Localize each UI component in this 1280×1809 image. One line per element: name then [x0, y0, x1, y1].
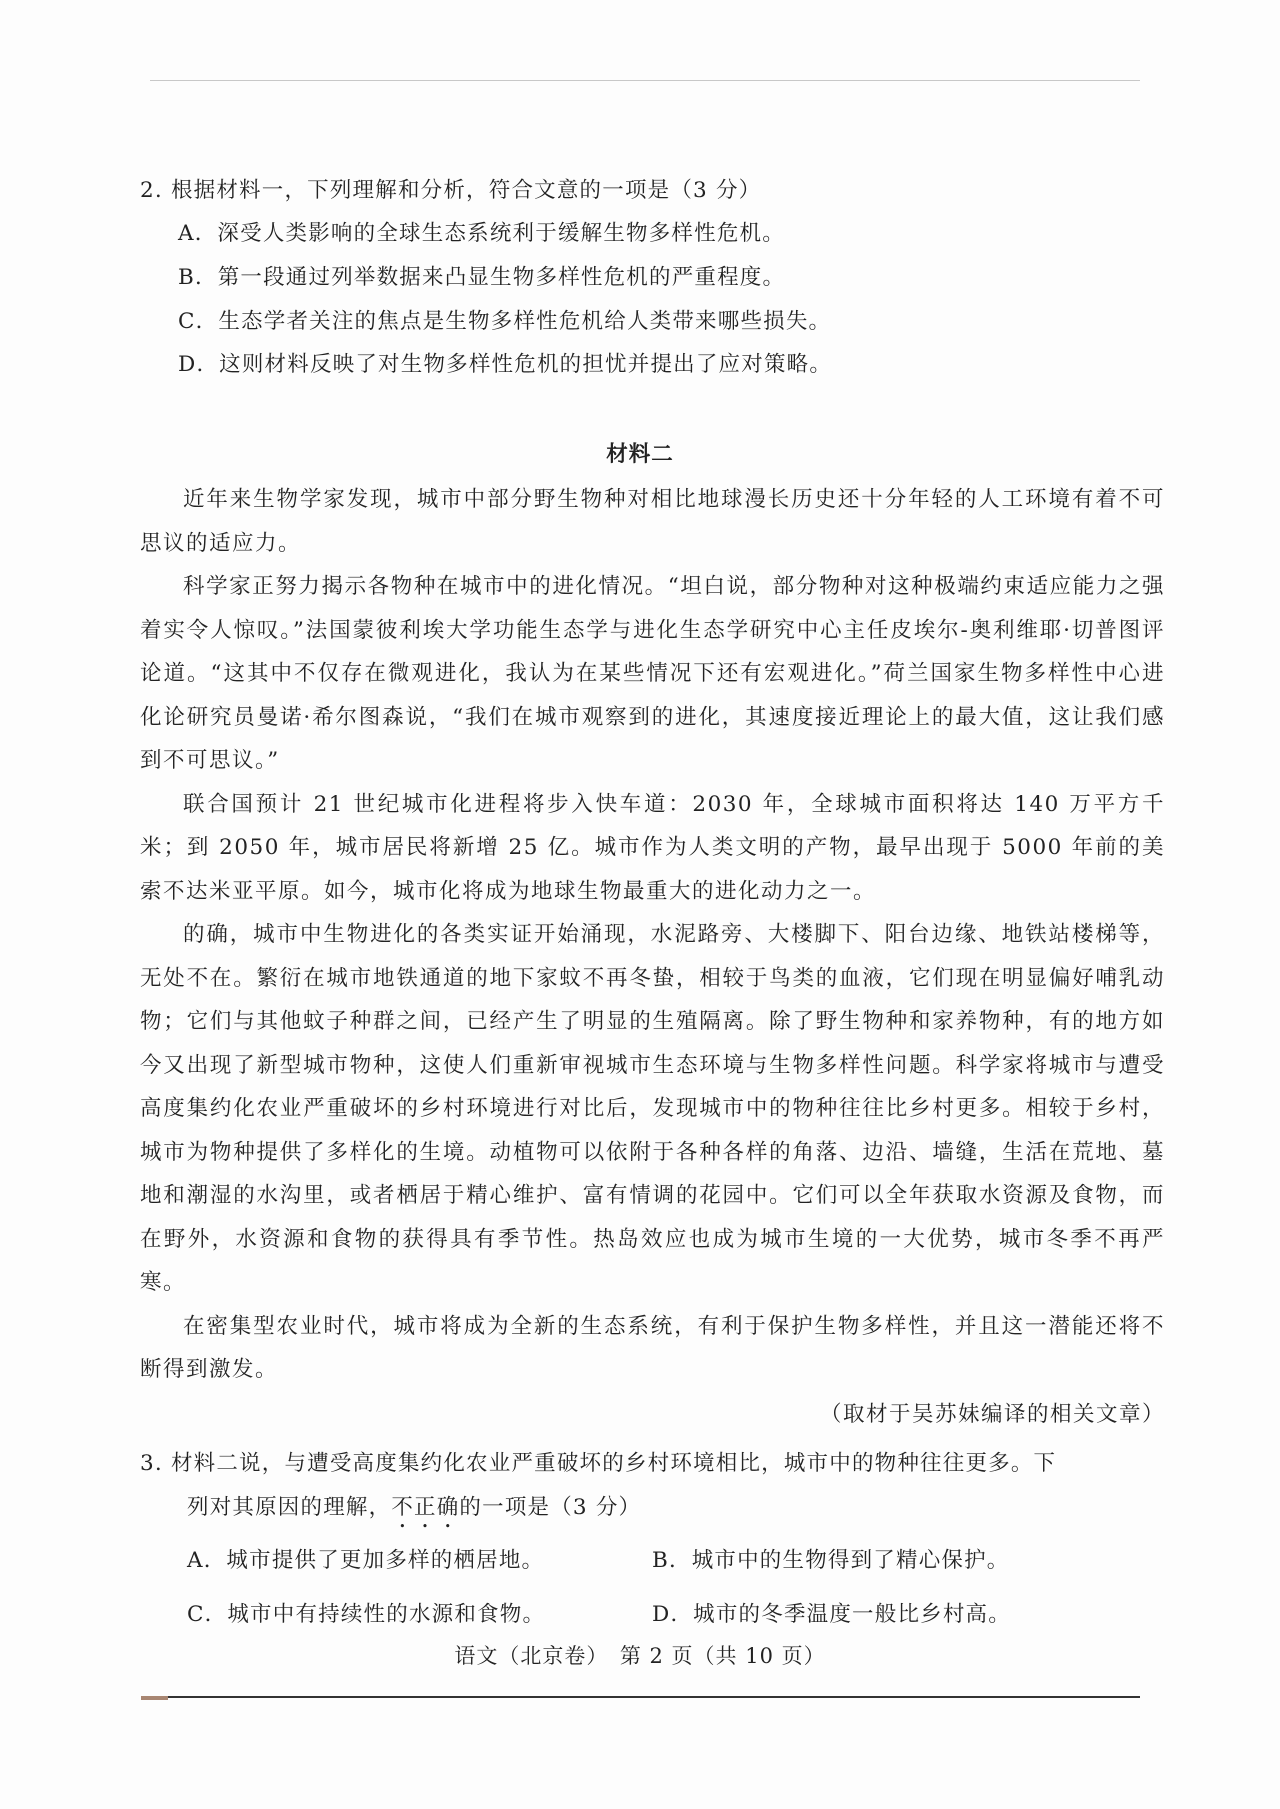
- question-3-option-d: D．城市的冬季温度一般比乡村高。: [652, 1597, 1011, 1628]
- question-2-option-d: D．这则材料反映了对生物多样性危机的担忧并提出了应对策略。: [178, 347, 832, 378]
- emphasis-not-correct: 不正确: [391, 1495, 459, 1520]
- question-3-stem-pre: 列对其原因的理解，: [187, 1495, 391, 1520]
- header-rule: [150, 80, 1140, 81]
- question-2-option-c: C．生态学者关注的焦点是生物多样性危机给人类带来哪些损失。: [178, 304, 831, 335]
- footer-accent-mark: [141, 1696, 168, 1700]
- source-citation: （取材于吴苏妹编译的相关文章）: [820, 1397, 1165, 1428]
- passage-paragraph-4: 的确，城市中生物进化的各类实证开始涌现，水泥路旁、大楼脚下、阳台边缘、地铁站楼梯…: [140, 913, 1165, 1305]
- question-3-stem-line-1: 3. 材料二说，与遭受高度集约化农业严重破坏的乡村环境相比，城市中的物种往往更多…: [140, 1451, 1056, 1476]
- material-2-passage: 近年来生物学家发现，城市中部分野生物种对相比地球漫长历史还十分年轻的人工环境有着…: [140, 478, 1165, 1392]
- question-3-option-a: A．城市提供了更加多样的栖居地。: [187, 1543, 544, 1574]
- question-3-stem-line-2: 列对其原因的理解，不正确的一项是（3 分）: [140, 1486, 1170, 1533]
- question-3-stem-post: 的一项是（3 分）: [459, 1495, 641, 1520]
- question-2-option-a: A．深受人类影响的全球生态系统利于缓解生物多样性危机。: [178, 216, 785, 247]
- question-3-stem: 3. 材料二说，与遭受高度集约化农业严重破坏的乡村环境相比，城市中的物种往往更多…: [140, 1442, 1170, 1533]
- passage-paragraph-3: 联合国预计 21 世纪城市化进程将步入快车道：2030 年，全球城市面积将达 1…: [140, 783, 1165, 914]
- question-3-option-b: B．城市中的生物得到了精心保护。: [652, 1543, 1010, 1574]
- passage-paragraph-5: 在密集型农业时代，城市将成为全新的生态系统，有利于保护生物多样性，并且这一潜能还…: [140, 1305, 1165, 1392]
- question-2-stem: 2. 根据材料一，下列理解和分析，符合文意的一项是（3 分）: [140, 173, 761, 204]
- question-2-option-b: B．第一段通过列举数据来凸显生物多样性危机的严重程度。: [178, 260, 785, 291]
- page-footer: 语文（北京卷） 第 2 页（共 10 页）: [0, 1640, 1280, 1670]
- footer-rule: [150, 1696, 1140, 1698]
- passage-paragraph-1: 近年来生物学家发现，城市中部分野生物种对相比地球漫长历史还十分年轻的人工环境有着…: [140, 478, 1165, 565]
- material-2-title: 材料二: [0, 437, 1280, 468]
- passage-paragraph-2: 科学家正努力揭示各物种在城市中的进化情况。“坦白说，部分物种对这种极端约束适应能…: [140, 565, 1165, 783]
- question-3-option-c: C．城市中有持续性的水源和食物。: [187, 1597, 545, 1628]
